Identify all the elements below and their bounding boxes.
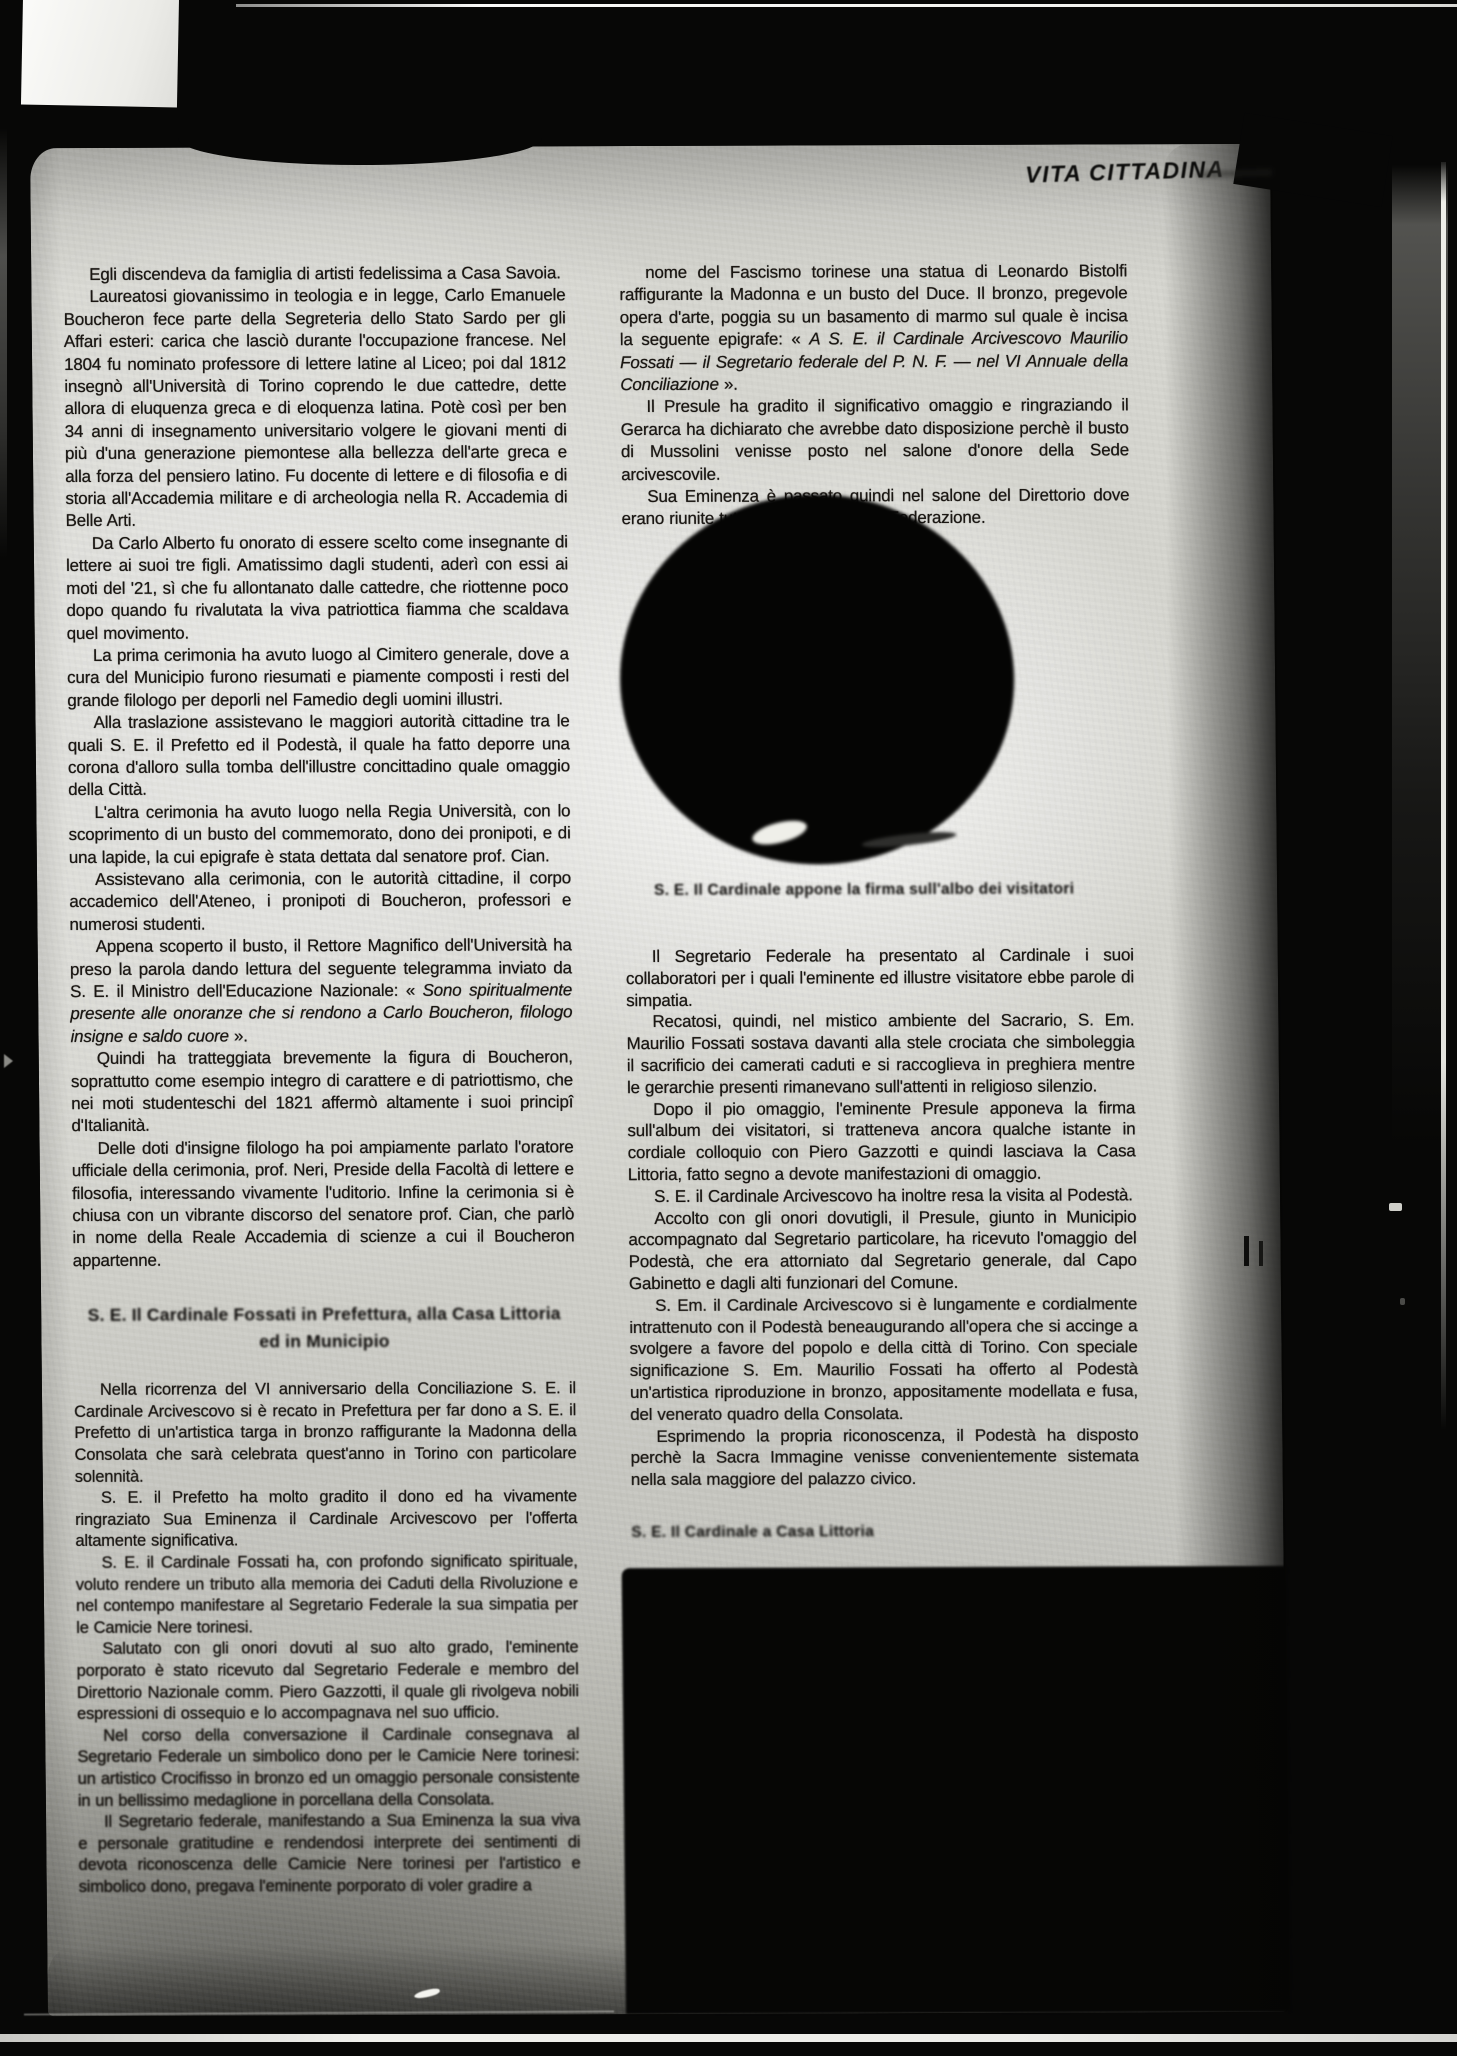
text-segment: S. E. il Prefetto ha molto gradito il do…	[75, 1488, 577, 1551]
paragraph: Il Presule ha gradito il significativo o…	[620, 395, 1129, 486]
section-heading: S. E. Il Cardinale Fossati in Prefettura…	[73, 1301, 575, 1357]
text-segment: La prima cerimonia ha avuto luogo al Cim…	[67, 644, 569, 710]
scan-edge-line-top	[236, 4, 1457, 7]
margin-mark	[4, 1054, 13, 1068]
text-segment: Delle doti d'insigne filologo ha poi amp…	[72, 1137, 575, 1270]
paragraph: Salutato con gli onori dovuti al suo alt…	[76, 1638, 579, 1726]
paragraph: Appena scoperto il busto, il Rettore Mag…	[70, 934, 573, 1048]
text-segment: Dopo il pio omaggio, l'eminente Presule …	[627, 1098, 1135, 1184]
paragraph: S. E. il Cardinale Fossati ha, con profo…	[76, 1551, 579, 1639]
paragraph: Egli discendeva da famiglia di artisti f…	[63, 262, 565, 286]
photo-caption-bottom: S. E. Il Cardinale a Casa Littoria	[631, 1523, 1051, 1542]
text-segment: Il Presule ha gradito il significativo o…	[621, 396, 1129, 484]
photo-streak	[861, 829, 957, 850]
text-block-left-top: Egli discendeva da famiglia di artisti f…	[63, 262, 575, 1272]
paragraph: S. Em. il Cardinale Arcivescovo si è lun…	[629, 1293, 1138, 1426]
scan-edge-line-bottom	[0, 2034, 1457, 2042]
text-block-right-top: nome del Fascismo torinese una statua di…	[619, 260, 1130, 531]
text-block-left-bottom: Nella ricorrenza del VI anniversario del…	[74, 1379, 581, 1899]
text-segment: Esprimendo la propria riconoscenza, il P…	[631, 1425, 1139, 1489]
paragraph: nome del Fascismo torinese una statua di…	[619, 260, 1128, 396]
paragraph: Alla traslazione assistevano le maggiori…	[67, 710, 570, 801]
text-segment: Egli discendeva da famiglia di artisti f…	[89, 263, 561, 284]
paragraph: Da Carlo Alberto fu onorato di essere sc…	[66, 531, 569, 645]
ink-tick-mark	[1259, 1241, 1263, 1266]
text-segment: L'altra cerimonia ha avuto luogo nella R…	[69, 801, 571, 867]
text-segment: Quindi ha tratteggiata brevemente la fig…	[71, 1048, 573, 1136]
text-segment: Nel corso della conversazione il Cardina…	[77, 1725, 579, 1810]
text-segment: Nella ricorrenza del VI anniversario del…	[74, 1380, 577, 1486]
text-block-right-bottom: Il Segretario Federale ha presentato al …	[626, 944, 1139, 1491]
paragraph: Esprimendo la propria riconoscenza, il P…	[630, 1424, 1139, 1491]
paragraph: Accolto con gli onori dovutigli, il Pres…	[628, 1206, 1137, 1295]
page-edge-sliver	[0, 128, 7, 558]
paragraph: S. E. il Prefetto ha molto gradito il do…	[75, 1487, 578, 1554]
adjacent-page-corner	[21, 0, 179, 107]
text-segment: S. E. il Cardinale Fossati ha, con profo…	[76, 1552, 578, 1637]
paragraph: Il Segretario Federale ha presentato al …	[626, 944, 1135, 1011]
dust-speck	[1400, 1298, 1405, 1305]
text-segment: Assistevano alla cerimonia, con le autor…	[69, 868, 571, 934]
section-heading-line1: S. E. Il Cardinale Fossati in Prefettura…	[73, 1301, 575, 1330]
text-segment: S. Em. il Cardinale Arcivescovo si è lun…	[629, 1294, 1138, 1424]
paragraph: L'altra cerimonia ha avuto luogo nella R…	[68, 800, 571, 869]
text-segment: Il Segretario Federale ha presentato al …	[626, 945, 1134, 1009]
text-segment: Laureatosi giovanissimo in teologia e in…	[64, 286, 568, 531]
dust-speck	[1389, 1203, 1402, 1211]
photo-casa-littoria	[622, 1566, 1292, 2014]
text-segment: Alla traslazione assistevano le maggiori…	[68, 711, 570, 799]
photo-highlight	[750, 816, 809, 849]
paragraph: S. E. il Cardinale Arcivescovo ha inoltr…	[628, 1184, 1136, 1208]
text-segment: ».	[719, 375, 738, 394]
paragraph: Il Segretario federale, manifestando a S…	[78, 1810, 581, 1898]
text-segment: S. E. il Cardinale Arcivescovo ha inoltr…	[654, 1185, 1133, 1206]
paragraph: Delle doti d'insigne filologo ha poi amp…	[72, 1136, 575, 1272]
text-segment: Salutato con gli onori dovuti al suo alt…	[77, 1639, 579, 1724]
paragraph: Quindi ha tratteggiata brevemente la fig…	[71, 1047, 574, 1138]
paragraph: Assistevano alla cerimonia, con le autor…	[69, 867, 572, 936]
paragraph: Laureatosi giovanissimo in teologia e in…	[63, 285, 567, 533]
text-segment: Recatosi, quindi, nel mistico ambiente d…	[627, 1011, 1135, 1097]
photo-caption-top: S. E. Il Cardinale appone la firma sull'…	[629, 880, 1099, 900]
paragraph: Nella ricorrenza del VI anniversario del…	[74, 1379, 577, 1489]
scan-background: VITA CITTADINA Egli discendeva da famigl…	[0, 0, 1457, 2056]
text-segment: Accolto con gli onori dovutigli, il Pres…	[628, 1207, 1136, 1293]
left-column: Egli discendeva da famiglia di artisti f…	[63, 262, 581, 1898]
photo-cardinal-signing-albo	[618, 494, 1016, 865]
adjacent-page-strip	[1392, 165, 1448, 1145]
paragraph: Recatosi, quindi, nel mistico ambiente d…	[626, 1010, 1135, 1099]
text-segment: Da Carlo Alberto fu onorato di essere sc…	[66, 532, 569, 642]
paragraph: Dopo il pio omaggio, l'eminente Presule …	[627, 1097, 1136, 1186]
adjacent-page-edge-line	[1441, 162, 1446, 1430]
ink-tick-mark	[1244, 1236, 1249, 1266]
paragraph: Nel corso della conversazione il Cardina…	[77, 1724, 580, 1812]
section-heading-line2: ed in Municipio	[73, 1328, 575, 1357]
text-segment: ».	[229, 1026, 248, 1045]
paragraph: La prima cerimonia ha avuto luogo al Cim…	[67, 643, 570, 712]
text-segment: Il Segretario federale, manifestando a S…	[78, 1811, 580, 1896]
magazine-page: VITA CITTADINA Egli discendeva da famigl…	[30, 144, 1288, 2016]
